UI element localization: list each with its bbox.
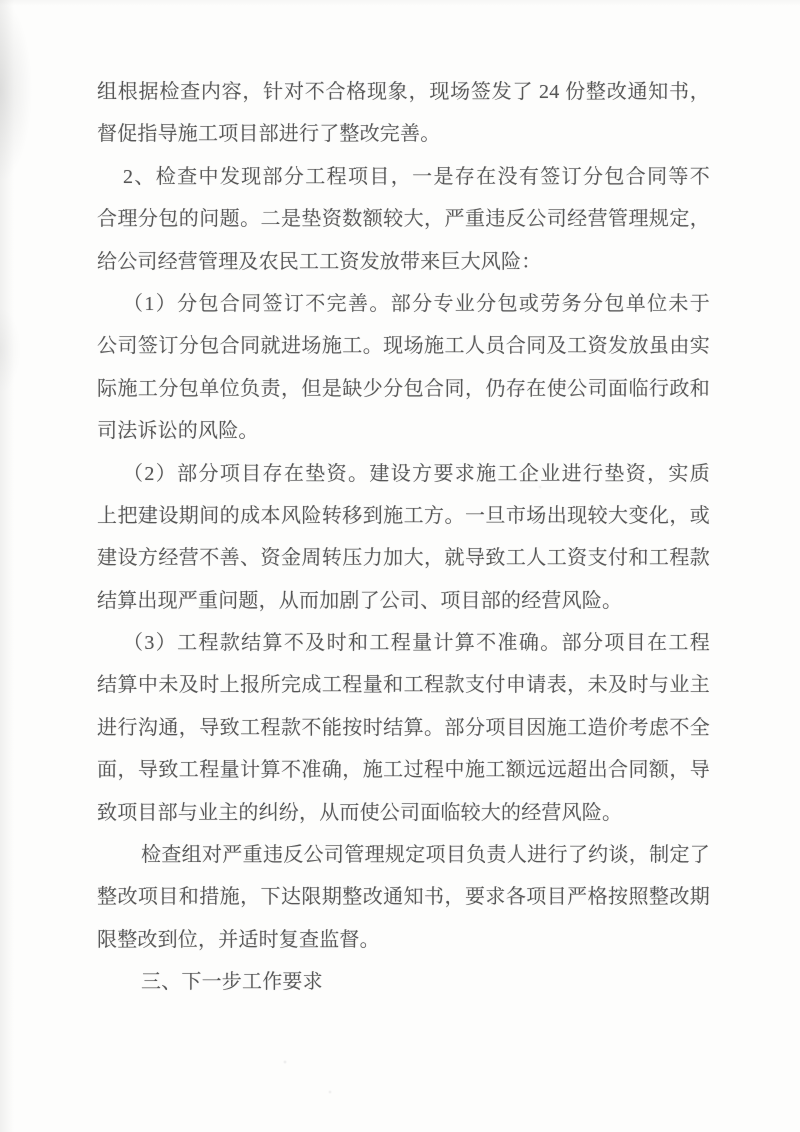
text-line: 结算中未及时上报所完成工程量和工程款支付申请表，未及时与业主 xyxy=(97,664,710,706)
text-line: 际施工分包单位负责，但是缺少分包合同，仍存在使公司面临行政和 xyxy=(97,368,710,410)
text-line: 合理分包的问题。二是垫资数额较大，严重违反公司经营管理规定， xyxy=(97,198,710,240)
text-line: 组根据检查内容，针对不合格现象，现场签发了 24 份整改通知书， xyxy=(97,71,710,113)
text-line: 建设方经营不善、资金周转压力加大，就导致工人工资支付和工程款 xyxy=(97,537,710,579)
text-line: 2、检查中发现部分工程项目，一是存在没有签订分包合同等不 xyxy=(97,156,710,198)
text-line: 限整改到位，并适时复查监督。 xyxy=(97,919,710,961)
text-line: 整改项目和措施，下达限期整改通知书，要求各项目严格按照整改期 xyxy=(97,876,710,918)
paragraph: （3）工程款结算不及时和工程量计算不准确。部分项目在工程结算中未及时上报所完成工… xyxy=(97,622,710,834)
text-line: 进行沟通，导致工程款不能按时结算。部分项目因施工造价考虑不全 xyxy=(97,707,710,749)
text-line: 司法诉讼的风险。 xyxy=(97,410,710,452)
text-line: 致项目部与业主的纠纷，从而使公司面临较大的经营风险。 xyxy=(97,792,710,834)
text-line: 督促指导施工项目部进行了整改完善。 xyxy=(97,113,710,155)
text-line: 上把建设期间的成本风险转移到施工方。一旦市场出现较大变化，或 xyxy=(97,495,710,537)
text-line: 给公司经营管理及农民工工资发放带来巨大风险： xyxy=(97,241,710,283)
text-line: （3）工程款结算不及时和工程量计算不准确。部分项目在工程 xyxy=(97,622,710,664)
text-line: 三、下一步工作要求 xyxy=(97,961,710,1003)
paragraph: 组根据检查内容，针对不合格现象，现场签发了 24 份整改通知书，督促指导施工项目… xyxy=(97,71,710,156)
paragraph: 2、检查中发现部分工程项目，一是存在没有签订分包合同等不合理分包的问题。二是垫资… xyxy=(97,156,710,283)
text-line: （2）部分项目存在垫资。建设方要求施工企业进行垫资，实质 xyxy=(97,453,710,495)
text-line: 结算出现严重问题，从而加剧了公司、项目部的经营风险。 xyxy=(97,580,710,622)
text-line: （1）分包合同签订不完善。部分专业分包或劳务分包单位未于 xyxy=(97,283,710,325)
paragraph: （2）部分项目存在垫资。建设方要求施工企业进行垫资，实质上把建设期间的成本风险转… xyxy=(97,453,710,623)
paragraph: 检查组对严重违反公司管理规定项目负责人进行了约谈，制定了整改项目和措施，下达限期… xyxy=(97,834,710,961)
scanned-document-page: 组根据检查内容，针对不合格现象，现场签发了 24 份整改通知书，督促指导施工项目… xyxy=(0,0,800,1132)
paragraph: （1）分包合同签订不完善。部分专业分包或劳务分包单位未于公司签订分包合同就进场施… xyxy=(97,283,710,453)
text-line: 检查组对严重违反公司管理规定项目负责人进行了约谈，制定了 xyxy=(97,834,710,876)
paragraph: 三、下一步工作要求 xyxy=(97,961,710,1003)
document-text-block: 组根据检查内容，针对不合格现象，现场签发了 24 份整改通知书，督促指导施工项目… xyxy=(97,71,710,1004)
text-line: 公司签订分包合同就进场施工。现场施工人员合同及工资发放虽由实 xyxy=(97,325,710,367)
text-line: 面，导致工程量计算不准确，施工过程中施工额远远超出合同额，导 xyxy=(97,749,710,791)
